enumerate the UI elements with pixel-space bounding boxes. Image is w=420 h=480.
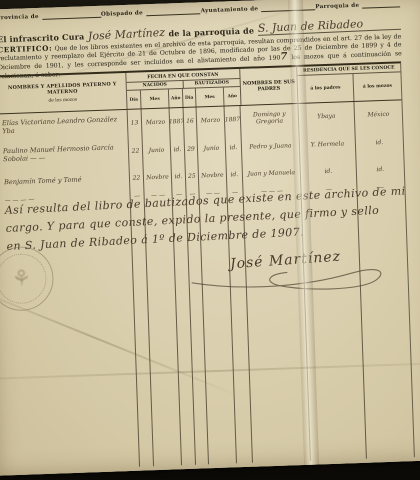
row3-nacido-mes: Novbre: [144, 164, 173, 189]
header-nacidos-mes: Mes: [141, 89, 170, 108]
ayuntamiento-label: Ayuntamiento de: [201, 6, 259, 14]
row1-padres: Domingo y Gregoria: [241, 104, 300, 132]
row2-res-mozos: id.: [355, 126, 403, 158]
row1-bautizado-ano: 1887: [225, 106, 242, 133]
row2-nacido-ano: id.: [170, 134, 185, 164]
paper-sheet: Provincia de Obispado de Ayuntamiento de…: [0, 0, 420, 476]
header-fecha-group: FECHA EN QUE CONSTAN NACIDOS BAUTIZADOS …: [126, 69, 240, 109]
obispado-label: Obispado de: [101, 10, 143, 17]
header-bautizados-ano: Año: [224, 87, 241, 106]
header-padres-label: NOMBRES DE SUS PADRES: [241, 79, 297, 93]
header-nombres-line1: NOMBRES Y APELLIDOS PATERNO Y MATERNO: [0, 81, 126, 97]
header-nacidos-dia: Día: [127, 90, 142, 108]
scanned-parish-certificate: { "document": { "type": "Certificado par…: [0, 0, 420, 480]
header-residencia-group: RESIDENCIA QUE SE LES CONOCE á los padre…: [297, 63, 401, 103]
provincia-field: Provincia de: [0, 10, 101, 22]
row2-name: Paulino Manuel Hermosio García Sobolai —…: [1, 136, 130, 170]
row1-nacido-dia: 13: [128, 109, 143, 135]
row3-nacido-ano: id.: [172, 164, 187, 188]
parroquia-blank-line: [362, 0, 400, 9]
intro-prefix: El infrascrito Cura: [0, 31, 85, 44]
row2-bautizado-dia: 29: [184, 133, 198, 163]
header-residencia-sub: á los padres á los mozos: [298, 72, 402, 103]
provincia-blank-line: [42, 10, 101, 20]
page-content: Provincia de Obispado de Ayuntamiento de…: [0, 0, 416, 471]
header-nombres-line2: de los mozos: [48, 98, 77, 104]
row3-bautizado-mes: Novbre: [198, 162, 227, 187]
row3-bautizado-dia: 25: [186, 163, 200, 187]
row2-nacido-dia: 22: [128, 135, 143, 165]
row3-padres: Juan y Manuela: [242, 160, 301, 186]
row2-nacido-mes: Junio: [142, 134, 171, 165]
header-res-mozos: á los mozos: [353, 72, 401, 101]
certifico-lead: CERTIFICO:: [0, 43, 52, 54]
header-nombres-mozos: NOMBRES Y APELLIDOS PATERNO Y MATERNO de…: [0, 73, 128, 113]
provincia-label: Provincia de: [0, 14, 39, 21]
row2-bautizado-mes: Junio: [197, 133, 226, 164]
row1-res-mozos: México: [354, 100, 402, 128]
row3-bautizado-ano: id.: [226, 162, 243, 187]
row1-bautizado-mes: Marzo: [197, 107, 226, 134]
header-nacidos-ano: Año: [169, 89, 184, 107]
parroquia-field: Parroquia de: [315, 0, 400, 10]
obispado-field: Obispado de: [101, 6, 201, 17]
row3-nacido-dia: 22: [130, 165, 145, 189]
parroquia-label: Parroquia de: [315, 3, 359, 11]
row2-bautizado-ano: id.: [225, 132, 242, 163]
row1-bautizado-dia: 16: [184, 107, 198, 133]
row1-nacido-mes: Marzo: [142, 108, 171, 135]
row3-res-mozos: id.: [356, 156, 404, 182]
header-bautizados-mes: Mes: [196, 88, 225, 107]
header-bautizados-dia: Día: [183, 89, 197, 107]
row1-nacido-ano: 1887: [170, 108, 185, 134]
obispado-blank-line: [146, 6, 201, 16]
